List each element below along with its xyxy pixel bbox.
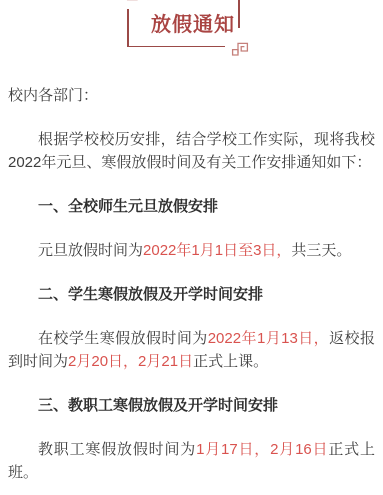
section-1-heading: 一、全校师生元旦放假安排	[8, 195, 375, 218]
title-frame-bottom-line	[127, 46, 225, 48]
highlight-date: 2022年1月1日至3日，	[143, 242, 291, 259]
body-text-run: 根据学校校历安排，结合学校工作实际，现将我校2022年元旦、寒假放假时间及有关工…	[8, 131, 375, 171]
salutation: 校内各部门：	[8, 84, 375, 107]
body-text-run: 正式上课。	[193, 353, 268, 370]
section-3-body: 教职工寒假放假时间为1月17日，2月16日正式上班。	[8, 438, 375, 484]
notice-header: 放假通知	[0, 0, 383, 62]
section-2-body: 在校学生寒假放假时间为2022年1月13日，返校报到时间为2月20日，2月21日…	[8, 327, 375, 373]
body-text-run: 共三天。	[291, 242, 351, 259]
highlight-date: 2022年1月13日，	[208, 330, 329, 347]
title-frame-left-line	[127, 9, 129, 46]
body-text-run: 元旦放假时间为	[38, 242, 143, 259]
notice-title: 放假通知	[151, 13, 235, 37]
title-frame-right-line	[238, 0, 240, 28]
body-text-run: 教职工寒假放假时间为	[38, 441, 196, 458]
intro-paragraph: 根据学校校历安排，结合学校工作实际，现将我校2022年元旦、寒假放假时间及有关工…	[8, 128, 375, 174]
section-1-body: 元旦放假时间为2022年1月1日至3日，共三天。	[8, 239, 375, 262]
notice-body: 校内各部门： 根据学校校历安排，结合学校工作实际，现将我校2022年元旦、寒假放…	[0, 84, 383, 484]
section-2-heading: 二、学生寒假放假及开学时间安排	[8, 283, 375, 306]
notice-page: 放假通知 校内各部门： 根据学校校历安排，结合学校工作实际，现将我校2022年元…	[0, 0, 383, 495]
fret-ornament-bottom-right-icon	[231, 36, 249, 56]
fret-ornament-top-left-icon	[126, 0, 144, 7]
highlight-date: 1月17日，2月16日	[196, 441, 328, 458]
section-3-heading: 三、教职工寒假放假及开学时间安排	[8, 394, 375, 417]
highlight-date: 2月20日，2月21日	[68, 353, 193, 370]
body-text-run: 在校学生寒假放假时间为	[38, 330, 208, 347]
